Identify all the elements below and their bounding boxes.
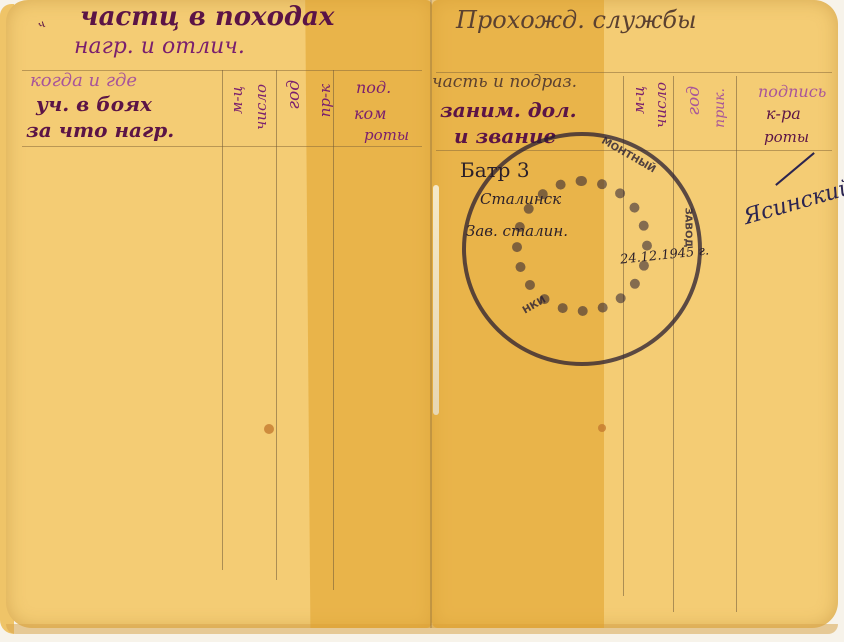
col-signature-l1: под.: [356, 78, 391, 97]
column-divider: [222, 70, 223, 570]
service-booklet: ч частц в походах нагр. и отлич. когда и…: [0, 0, 844, 642]
col-r-signature-l1: подпись: [758, 82, 826, 101]
right-heading: Прохожд. службы: [456, 6, 697, 34]
entry-unit: Батр 3: [460, 158, 530, 182]
col-signature-l3: роты: [364, 126, 409, 144]
col-when-where-l1: когда и где: [30, 70, 137, 91]
col-when-where-l3: за что нагр.: [26, 118, 174, 142]
column-divider: [276, 70, 277, 580]
col-when-where-l2: уч. в боях: [36, 92, 152, 116]
col-r-month-l2: число: [652, 82, 670, 128]
col-unit-l1: часть и подраз.: [432, 72, 577, 92]
spine-fold: [430, 0, 432, 628]
rust-stain: [264, 424, 274, 434]
col-r-month-l1: м-ц: [630, 86, 648, 114]
col-r-year: год: [684, 86, 704, 116]
col-r-order: прик.: [712, 88, 728, 128]
column-divider: [736, 76, 737, 612]
col-signature-l2: ком: [354, 104, 386, 123]
col-year: год: [284, 80, 304, 110]
col-month-l1: м-ц: [228, 86, 246, 114]
col-r-signature-l3: роты: [764, 128, 809, 146]
stamp-text-side: ЗАВОД: [682, 208, 693, 248]
binding-thread: [433, 185, 439, 415]
left-heading-line1: частц в походах: [80, 2, 334, 32]
col-unit-l2: заним. дол.: [440, 98, 577, 122]
col-r-signature-l2: к-ра: [766, 104, 801, 123]
column-divider: [673, 76, 674, 612]
col-month-l2: число: [252, 84, 270, 130]
rust-stain: [598, 424, 606, 432]
left-heading-line2: нагр. и отлич.: [74, 34, 245, 59]
col-order: пр-к: [316, 84, 334, 117]
entry-position: Зав. сталин.: [466, 222, 568, 240]
entry-location: Сталинск: [480, 190, 561, 208]
column-divider: [333, 70, 334, 590]
